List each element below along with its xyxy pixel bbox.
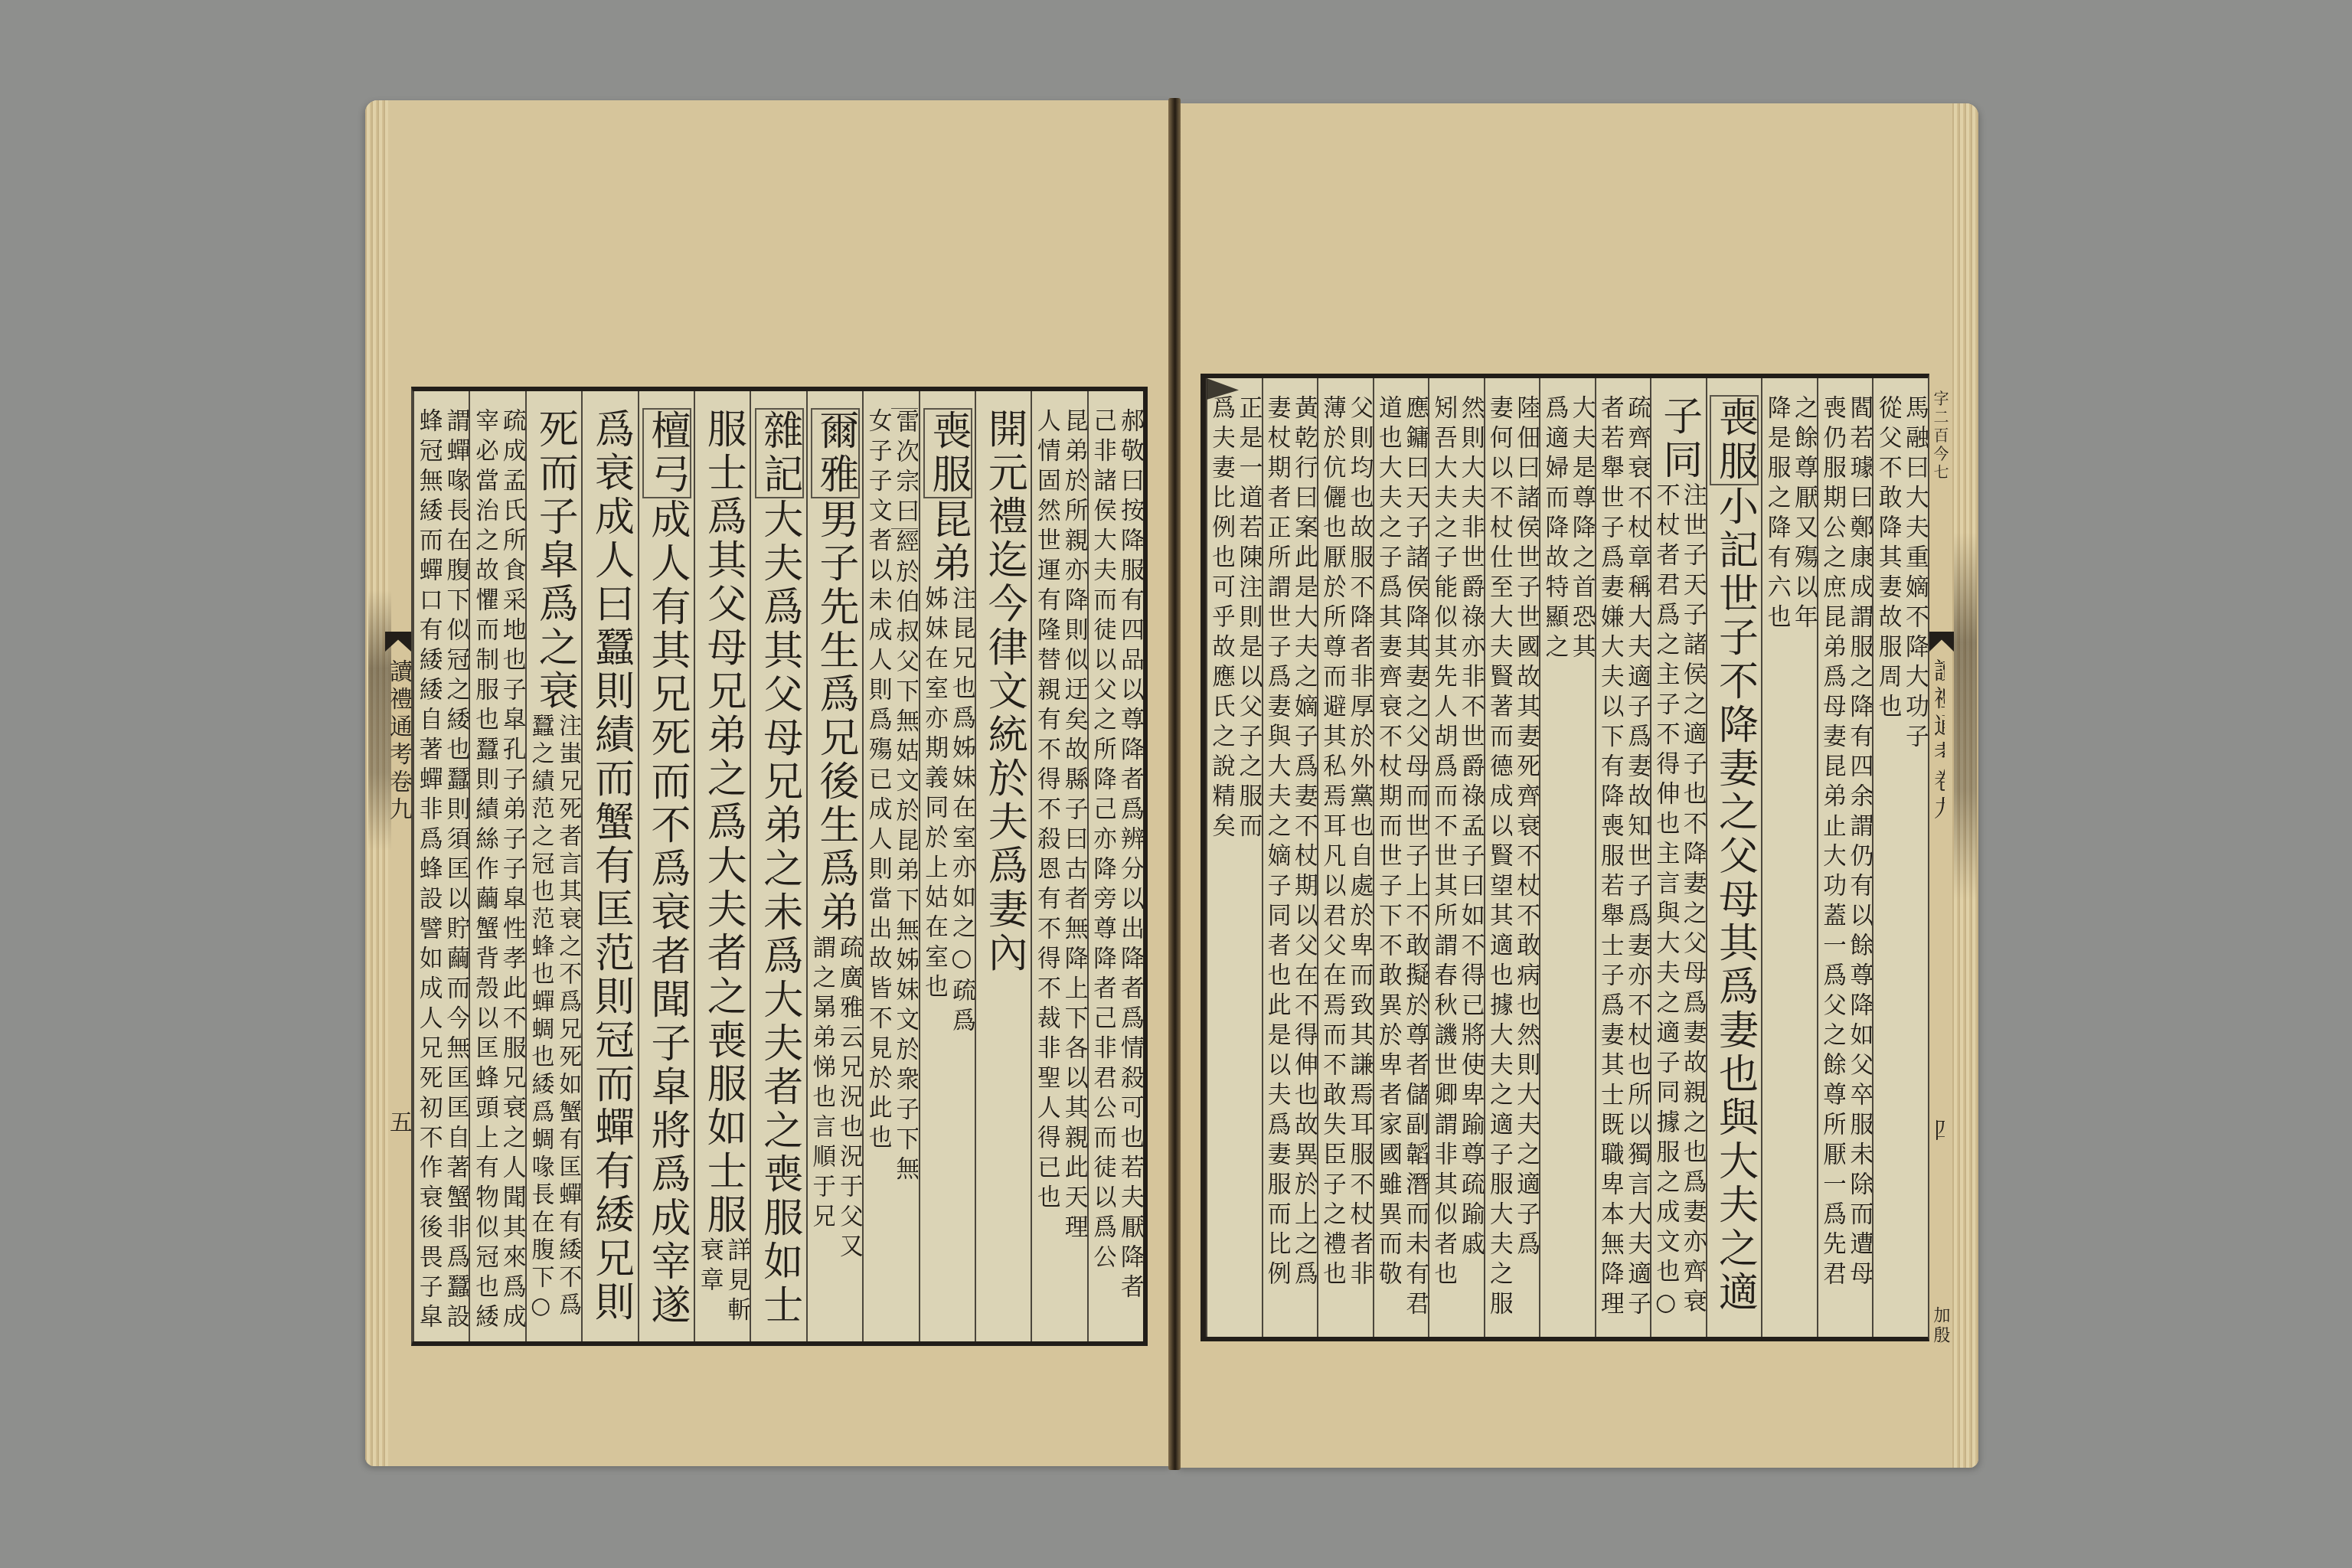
annotation-pair: 然則大夫非世爵祿亦非不世爵祿孟子曰如不得已將使卑踰尊疏踰戚 矧吾大夫之子能似其先…	[1429, 395, 1484, 1334]
annotation-line-left: 爲夫妻比例也可乎故應氏之說精矣	[1207, 395, 1234, 1334]
text-column: 喪服小記世子不降妻之父母其爲妻也與大夫之適	[1706, 378, 1762, 1337]
annotation-line-left: 姊妹在室亦期義同於上姑在室也	[920, 586, 948, 1338]
text-column: 應鏞曰天子諸侯降其妻之父母而世子上不敢擬於尊者儲副韜潛而未有君 道也大夫之子爲其…	[1373, 378, 1429, 1337]
annotation-line-left: 從父不敢降其妻故服周也	[1873, 395, 1900, 1334]
text-column: 之餘尊厭又殤以年 降是服之降有六也	[1761, 378, 1817, 1337]
annotation-pair: 父則均也故服不降者非厚於外黨也自處於卑而致其謙焉耳服不杖者非 薄於伉儷也厭於所尊…	[1318, 395, 1373, 1334]
annotation-line-right: 疏廣雅云兄況也況于父又	[835, 935, 862, 1338]
character-count-note: 字二百今七	[1929, 390, 1951, 482]
annotation-line-right: 注蚩兄死者言其衰之不爲兄死如蟹有匡蟬有緌不爲	[554, 714, 582, 1338]
main-text-line: 雜記大夫爲其父母兄弟之未爲大夫者之喪服如士	[751, 408, 805, 1328]
annotation-pair: 注世子天子諸侯之適子也不降妻之父母爲妻故親之也爲妻亦齊衰 不杖者君爲之主子不得伸…	[1651, 482, 1706, 1334]
right-fold-strip: 字二百今七 讀禮通考卷九 四 加殷	[1929, 374, 1954, 1341]
left-fold-strip: 讀禮通考卷九 五	[385, 387, 411, 1346]
annotation-pair: 雷次宗曰經於伯叔父下無姑文於昆弟下無姊妹文於衆子下無 女子子文者以未成人則爲殤已…	[864, 408, 918, 1338]
page-number-clip: 四	[1929, 1118, 1945, 1148]
annotation-pair: 正是一道若陳注則是以父子之服而 爲夫妻比例也可乎故應氏之說精矣	[1207, 395, 1262, 1334]
running-title-clip: 讀禮通考卷九	[1929, 658, 1945, 835]
annotation-line-right: 昆弟於所親亦降則似迂矣故縣子曰古者無降上下各以其親此天理	[1060, 408, 1087, 1338]
annotation-line-left: 蜂冠無緌而蟬口有緌緌自著蟬非爲蜂設譬如成人兄死初不作衰後畏子皐	[414, 408, 442, 1338]
annotation-line-left: 降是服之降有六也	[1762, 395, 1789, 1334]
annotation-line-right: 父則均也故服不降者非厚於外黨也自處於卑而致其謙焉耳服不杖者非	[1345, 395, 1372, 1334]
main-text-line: 開元禮迄今律文統於夫爲妻內	[976, 408, 1031, 975]
text-column: 疏成孟氏所食采地也子皐孔子弟子子皐性孝此不服兄衰之人聞其來爲成 宰必當治之故懼而…	[469, 391, 524, 1341]
right-page-text-frame: 馬融曰大夫重嫡不降大功子 從父不敢降其妻故服周也 閻若璩曰鄭康成謂服之降有四余謂…	[1200, 374, 1929, 1341]
left-page-text-frame: 郝敬曰按降服有四品以尊降者爲辨分以出降者爲情殺可也若夫厭降者 己非諸侯大夫而徒以…	[411, 387, 1148, 1346]
main-text-line: 服士爲其父母兄弟之爲大夫者之喪服如士服	[695, 408, 750, 1237]
annotation-pair: 馬融曰大夫重嫡不降大功子 從父不敢降其妻故服周也	[1873, 395, 1928, 1334]
text-column: 郝敬曰按降服有四品以尊降者爲辨分以出降者爲情殺可也若夫厭降者 己非諸侯大夫而徒以…	[1087, 391, 1143, 1341]
main-text: 大夫爲其父母兄弟之未爲大夫者之喪服如士	[756, 498, 802, 1328]
annotation-line-left: 人情固然世運有隆替親有不得不殺恩有不得不裁非聖人得已也	[1032, 408, 1060, 1338]
main-text-line: 檀弓成人有其兄死而不爲衰者聞子皐將爲成宰遂	[639, 408, 694, 1328]
main-text: 爲衰成人曰蠶則績而蟹有匡范則冠而蟬有緌兄則	[588, 408, 634, 1325]
annotation-pair: 閻若璩曰鄭康成謂服之降有四余謂仍有以餘尊降如父卒服未除而遭母 喪仍服期公之庶昆弟…	[1818, 395, 1873, 1334]
annotation-line-left: 妻何以不杖仕至大夫賢著而德成以賢望其適也據大夫之適子服大夫之服	[1485, 395, 1512, 1334]
annotation-line-left: 喪仍服期公之庶昆弟爲母妻昆弟止大功蓋一爲父之餘尊所厭一爲先君	[1818, 395, 1845, 1334]
annotation-line-left: 宰必當治之故懼而制服也蠶則績絲作繭蟹背殼以匡蜂頭上有物似冠也緌	[470, 408, 498, 1338]
cited-title: 雜記	[755, 408, 804, 498]
main-text: 昆弟	[925, 498, 971, 586]
text-column: 大夫是尊降之首恐其 爲適婦而降故特顯之	[1539, 378, 1595, 1337]
text-column: 雜記大夫爲其父母兄弟之未爲大夫者之喪服如士	[750, 391, 805, 1341]
page-number: 五	[385, 1110, 411, 1133]
annotation-pair: 疏成孟氏所食采地也子皐孔子弟子子皐性孝此不服兄衰之人聞其來爲成 宰必當治之故懼而…	[470, 408, 524, 1338]
annotation-pair: 大夫是尊降之首恐其 爲適婦而降故特顯之	[1540, 395, 1595, 1334]
main-text: 子同	[1656, 395, 1702, 482]
text-column: 子同 注世子天子諸侯之適子也不降妻之父母爲妻故親之也爲妻亦齊衰 不杖者君爲之主子…	[1650, 378, 1706, 1337]
annotation-line-right: 之餘尊厭又殤以年	[1790, 395, 1817, 1334]
text-column: 爾雅男子先生爲兄後生爲弟 疏廣雅云兄況也況于父又 謂之晜弟悌也言順于兄	[806, 391, 862, 1341]
text-column: 開元禮迄今律文統於夫爲妻內	[975, 391, 1031, 1341]
annotation-text: 經於伯叔父下無姑文於昆弟下無姊妹文於衆子下無	[891, 529, 918, 1186]
annotation-line-left: 蠶之績范之冠也范蜂也蟬蜩也緌爲蜩喙長在腹下○	[527, 714, 554, 1338]
annotation-line-left: 妻杖期者正所謂世子爲妻與大夫之嫡子同者也此是以夫爲妻服而比例	[1263, 395, 1290, 1334]
text-column: 死而子皐爲之衰 注蚩兄死者言其衰之不爲兄死如蟹有匡蟬有緌不爲 蠶之績范之冠也范蜂…	[525, 391, 581, 1341]
annotation-line-right: 郝敬曰按降服有四品以尊降者爲辨分以出降者爲情殺可也若夫厭降者	[1116, 408, 1143, 1338]
main-text-line: 爾雅男子先生爲兄後生爲弟	[808, 408, 862, 935]
annotation-pair: 注蚩兄死者言其衰之不爲兄死如蟹有匡蟬有緌不爲 蠶之績范之冠也范蜂也蟬蜩也緌爲蜩喙…	[527, 714, 581, 1338]
annotation-pair: 疏齊衰不杖章稱大夫適子爲妻故知世子爲妻亦不杖也所以獨言大夫適子 者若舉世子爲妻嫌…	[1596, 395, 1651, 1334]
annotation-line-right: 疏齊衰不杖章稱大夫適子爲妻故知世子爲妻亦不杖也所以獨言大夫適子	[1623, 395, 1650, 1334]
text-column: 閻若璩曰鄭康成謂服之降有四余謂仍有以餘尊降如父卒服未除而遭母 喪仍服期公之庶昆弟…	[1817, 378, 1873, 1337]
running-title: 讀禮通考卷九	[1929, 658, 1945, 824]
main-text-line: 喪服昆弟	[920, 408, 975, 586]
annotation-line-right: 黃乾行曰案此是大夫之嫡子爲妻不杖期以父在不得伸也故異於上之爲	[1290, 395, 1317, 1334]
carver-note: 加殷	[1929, 1306, 1951, 1346]
main-text: 服士爲其父母兄弟之爲大夫者之喪服如士服	[700, 408, 746, 1237]
text-column: 服士爲其父母兄弟之爲大夫者之喪服如士服 詳見斬 衰章	[694, 391, 750, 1341]
annotation-pair: 謂蟬喙長在腹下似冠之緌也蠶則須匡以貯繭而今無匡匡自著蟹非爲蠶設 蜂冠無緌而蟬口有…	[414, 408, 469, 1338]
text-column: 父則均也故服不降者非厚於外黨也自處於卑而致其謙焉耳服不杖者非 薄於伉儷也厭於所尊…	[1317, 378, 1373, 1337]
annotation-pair: 郝敬曰按降服有四品以尊降者爲辨分以出降者爲情殺可也若夫厭降者 己非諸侯大夫而徒以…	[1089, 408, 1143, 1338]
annotation-line-right: 注世子天子諸侯之適子也不降妻之父母爲妻故親之也爲妻亦齊衰	[1679, 482, 1706, 1334]
cited-title: 爾雅	[811, 408, 860, 498]
text-column: 疏齊衰不杖章稱大夫適子爲妻故知世子爲妻亦不杖也所以獨言大夫適子 者若舉世子爲妻嫌…	[1595, 378, 1651, 1337]
annotation-line-left: 不杖者君爲之主子不得伸也主言與大夫之適子同據服之成文也○	[1651, 482, 1678, 1334]
annotation-line-left: 己非諸侯大夫而徒以父之所降己亦降旁尊降者己非君公而徒以爲公	[1089, 408, 1116, 1338]
text-column: 謂蟬喙長在腹下似冠之緌也蠶則須匡以貯繭而今無匡匡自著蟹非爲蠶設 蜂冠無緌而蟬口有…	[413, 391, 469, 1341]
annotation-line-left: 爲適婦而降故特顯之	[1540, 395, 1567, 1334]
annotation-pair: 注昆兄也爲姊妹在室亦如之○疏爲 姊妹在室亦期義同於上姑在室也	[920, 586, 975, 1338]
annotation-pair: 陸佃曰諸侯世子世國故其妻死齊衰不杖不敢病也然則大夫之適子爲 妻何以不杖仕至大夫賢…	[1485, 395, 1540, 1334]
annotation-line-left: 謂之晜弟悌也言順于兄	[808, 935, 835, 1338]
cited-title: 喪服	[923, 408, 972, 498]
page-number: 四	[1929, 1118, 1945, 1145]
text-column: 馬融曰大夫重嫡不降大功子 從父不敢降其妻故服周也	[1872, 378, 1928, 1337]
main-text: 死而子皐爲之衰	[531, 408, 577, 714]
text-column: 雷次宗曰經於伯叔父下無姑文於昆弟下無姊妹文於衆子下無 女子子文者以未成人則爲殤已…	[862, 391, 918, 1341]
main-text: 成人有其兄死而不爲衰者聞子皐將爲成宰遂	[644, 498, 690, 1328]
main-text-line: 死而子皐爲之衰	[527, 408, 581, 714]
annotation-pair: 黃乾行曰案此是大夫之嫡子爲妻不杖期以父在不得伸也故異於上之爲 妻杖期者正所謂世子…	[1263, 395, 1318, 1334]
annotation-pair: 應鏞曰天子諸侯降其妻之父母而世子上不敢擬於尊者儲副韜潛而未有君 道也大夫之子爲其…	[1374, 395, 1429, 1334]
fishtail-mark-icon	[385, 632, 411, 652]
annotation-line-right: 謂蟬喙長在腹下似冠之緌也蠶則須匡以貯繭而今無匡匡自著蟹非爲蠶設	[442, 408, 469, 1338]
annotation-line-left: 者若舉世子爲妻嫌大夫以下有降喪服若舉士子爲妻其士既職卑本無降理	[1596, 395, 1623, 1334]
main-text-line: 子同	[1651, 395, 1706, 482]
ink-smudge	[1954, 532, 1977, 900]
main-text: 男子先生爲兄後生爲弟	[812, 498, 858, 935]
main-text-line: 喪服小記世子不降妻之父母其爲妻也與大夫之適	[1707, 395, 1762, 1315]
annotation-line-right: 詳見斬	[723, 1237, 750, 1338]
fishtail-mark-icon	[1929, 632, 1954, 652]
main-text: 開元禮迄今律文統於夫爲妻內	[981, 408, 1027, 975]
annotation-line-right: 雷次宗曰經於伯叔父下無姑文於昆弟下無姊妹文於衆子下無	[891, 408, 919, 1338]
annotation-line-right: 正是一道若陳注則是以父子之服而	[1234, 395, 1261, 1334]
text-column: 然則大夫非世爵祿亦非不世爵祿孟子曰如不得已將使卑踰尊疏踰戚 矧吾大夫之子能似其先…	[1428, 378, 1484, 1337]
annotation-line-right: 注昆兄也爲姊妹在室亦如之○疏爲	[947, 586, 975, 1338]
text-column: 黃乾行曰案此是大夫之嫡子爲妻不杖期以父在不得伸也故異於上之爲 妻杖期者正所謂世子…	[1262, 378, 1318, 1337]
main-text: 小記世子不降妻之父母其爲妻也與大夫之適	[1711, 485, 1757, 1315]
cited-author: 雷次宗曰	[891, 408, 919, 529]
text-column: 爲衰成人曰蠶則績而蟹有匡范則冠而蟬有緌兄則	[581, 391, 637, 1341]
text-column: 正是一道若陳注則是以父子之服而 爲夫妻比例也可乎故應氏之說精矣	[1206, 378, 1262, 1337]
annotation-line-right: 陸佃曰諸侯世子世國故其妻死齊衰不杖不敢病也然則大夫之適子爲	[1512, 395, 1539, 1334]
text-column: 昆弟於所親亦降則似迂矣故縣子曰古者無降上下各以其親此天理 人情固然世運有隆替親有…	[1031, 391, 1086, 1341]
annotation-pair: 疏廣雅云兄況也況于父又 謂之晜弟悌也言順于兄	[808, 935, 862, 1338]
annotation-line-right: 應鏞曰天子諸侯降其妻之父母而世子上不敢擬於尊者儲副韜潛而未有君	[1401, 395, 1428, 1334]
annotation-line-right: 馬融曰大夫重嫡不降大功子	[1901, 395, 1928, 1334]
text-column: 喪服昆弟 注昆兄也爲姊妹在室亦如之○疏爲 姊妹在室亦期義同於上姑在室也	[919, 391, 975, 1341]
annotation-pair: 詳見斬 衰章	[695, 1237, 750, 1338]
annotation-line-left: 女子子文者以未成人則爲殤已成人則當出故皆不見於此也	[864, 408, 891, 1338]
text-column: 檀弓成人有其兄死而不爲衰者聞子皐將爲成宰遂	[638, 391, 694, 1341]
annotation-line-left: 道也大夫之子爲其妻齊衰不杖期而世子下不敢異於卑者家國雖異而敬	[1374, 395, 1401, 1334]
annotation-line-right: 疏成孟氏所食采地也子皐孔子弟子子皐性孝此不服兄衰之人聞其來爲成	[498, 408, 525, 1338]
running-title: 讀禮通考卷九	[385, 659, 411, 825]
cited-title: 檀弓	[642, 408, 691, 498]
book-gutter	[1168, 98, 1181, 1470]
annotation-pair: 昆弟於所親亦降則似迂矣故縣子曰古者無降上下各以其親此天理 人情固然世運有隆替親有…	[1032, 408, 1086, 1338]
annotation-pair: 之餘尊厭又殤以年 降是服之降有六也	[1762, 395, 1817, 1334]
text-column: 陸佃曰諸侯世子世國故其妻死齊衰不杖不敢病也然則大夫之適子爲 妻何以不杖仕至大夫賢…	[1484, 378, 1540, 1337]
annotation-line-left: 薄於伉儷也厭於所尊而避其私焉耳凡以君父在焉而不敢失臣子之禮也	[1318, 395, 1345, 1334]
annotation-line-right: 大夫是尊降之首恐其	[1568, 395, 1595, 1334]
annotation-line-right: 然則大夫非世爵祿亦非不世爵祿孟子曰如不得已將使卑踰尊疏踰戚	[1456, 395, 1483, 1334]
annotation-line-right: 閻若璩曰鄭康成謂服之降有四余謂仍有以餘尊降如父卒服未除而遭母	[1845, 395, 1872, 1334]
cited-title: 喪服	[1710, 395, 1759, 485]
annotation-line-left: 衰章	[695, 1237, 723, 1338]
main-text-line: 爲衰成人曰蠶則績而蟹有匡范則冠而蟬有緌兄則	[583, 408, 637, 1325]
annotation-line-left: 矧吾大夫之子能似其先人胡爲而不世其所謂春秋譏世卿謂非其似者也	[1429, 395, 1456, 1334]
